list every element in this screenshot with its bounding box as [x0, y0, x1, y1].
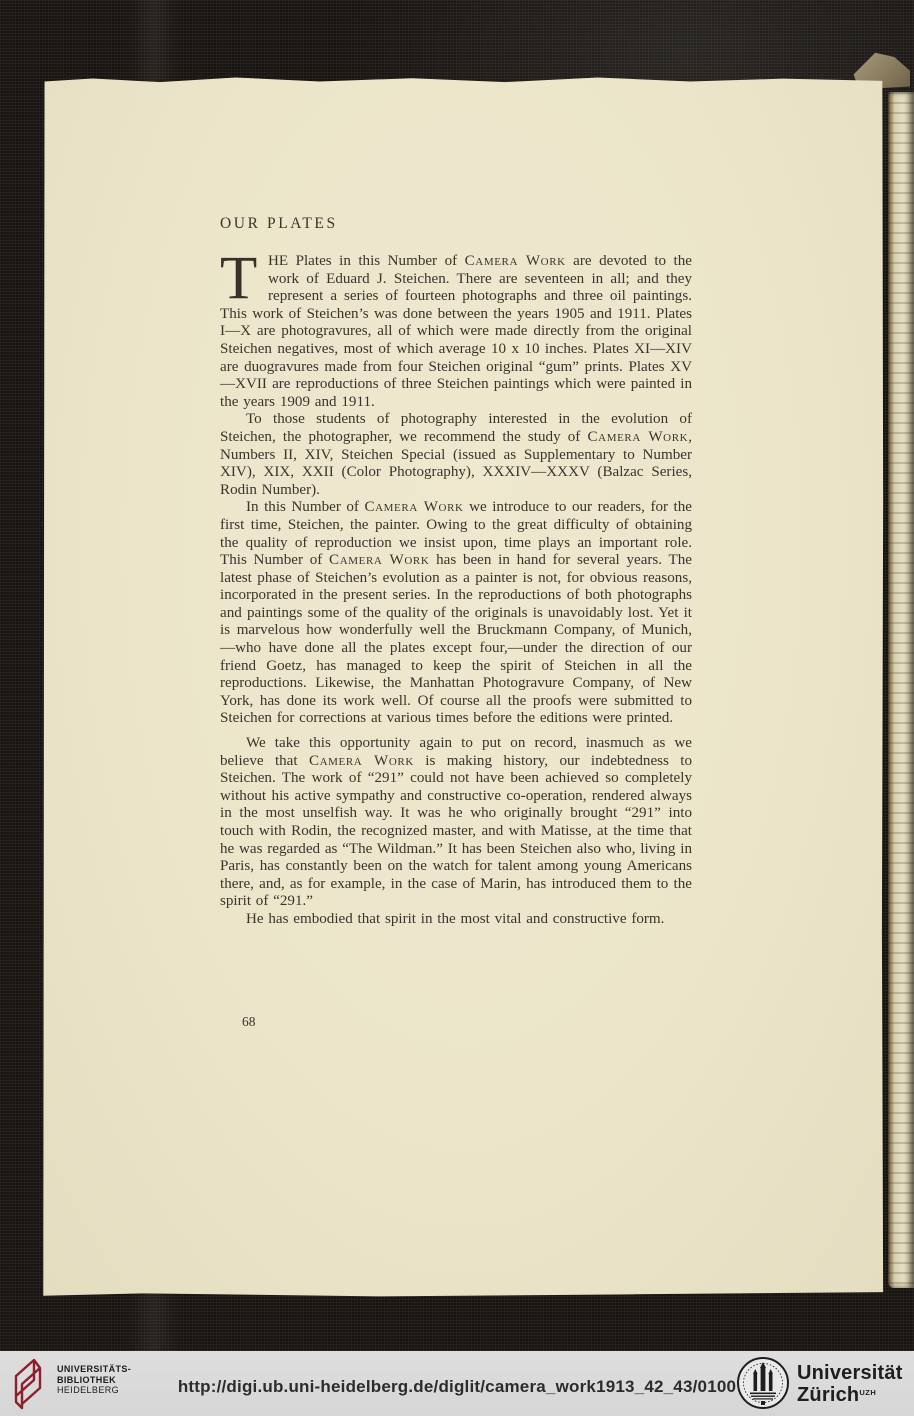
uzh-superscript: UZH	[859, 1388, 876, 1397]
uzh-label-line1: Universität	[797, 1363, 903, 1383]
heidelberg-label-line3: HEIDELBERG	[57, 1385, 131, 1396]
drop-cap: T	[220, 255, 262, 303]
paragraph-1: THE Plates in this Number of Camera Work…	[220, 253, 692, 411]
digitized-book-scan: OUR PLATES THE Plates in this Number of …	[0, 0, 914, 1416]
heidelberg-label-line1: UNIVERSITÄTS-	[57, 1364, 131, 1375]
page-number: 68	[242, 1014, 256, 1030]
paragraph-1-text: HE Plates in this Number of Camera Work …	[220, 253, 692, 410]
book-page: OUR PLATES THE Plates in this Number of …	[42, 76, 884, 1297]
library-footer-bar: UNIVERSITÄTS- BIBLIOTHEK HEIDELBERG http…	[0, 1351, 914, 1416]
uzh-seal-icon	[736, 1356, 790, 1410]
heidelberg-library-book-icon	[13, 1355, 49, 1412]
heidelberg-library-label: UNIVERSITÄTS- BIBLIOTHEK HEIDELBERG	[57, 1364, 131, 1396]
text-column: THE Plates in this Number of Camera Work…	[220, 253, 692, 929]
page-title: OUR PLATES	[220, 215, 338, 233]
uzh-label-line2: ZürichUZH	[797, 1383, 903, 1405]
paragraph-2: To those students of photography interes…	[220, 411, 692, 499]
paragraph-4: We take this opportunity again to put on…	[220, 735, 692, 911]
scan-source-url[interactable]: http://digi.ub.uni-heidelberg.de/diglit/…	[178, 1377, 736, 1397]
paragraph-5: He has embodied that spirit in the most …	[220, 911, 692, 929]
page-edges-stack	[888, 92, 914, 1288]
uzh-label: Universität ZürichUZH	[797, 1363, 903, 1405]
paragraph-3: In this Number of Camera Work we introdu…	[220, 499, 692, 728]
heidelberg-label-line2: BIBLIOTHEK	[57, 1375, 131, 1386]
